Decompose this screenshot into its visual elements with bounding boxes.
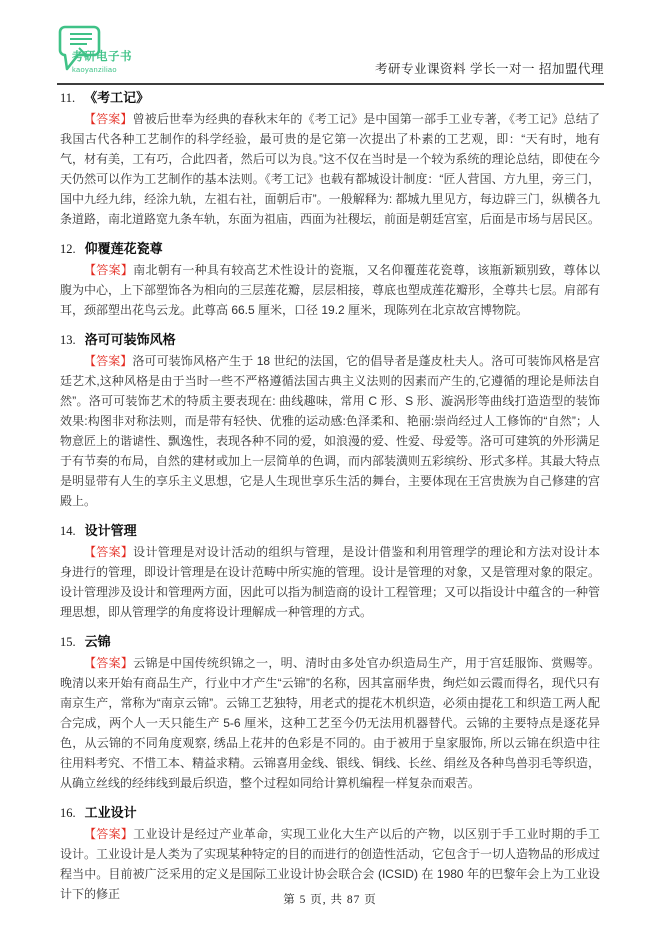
answer-paragraph: 【答案】洛可可装饰风格产生于 18 世纪的法国，它的倡导者是蓬皮杜夫人。洛可可装…: [60, 351, 600, 511]
qa-item-12: 12.仰覆莲花瓷尊 【答案】南北朝有一种具有较高艺术性设计的瓷瓶，又名仰覆莲花瓷…: [60, 239, 600, 320]
answer-paragraph: 【答案】南北朝有一种具有较高艺术性设计的瓷瓶，又名仰覆莲花瓷尊，该瓶新颖别致，尊…: [60, 260, 600, 320]
qa-item-16: 16.工业设计 【答案】工业设计是经过产业革命，实现工业化大生产以后的产物，以区…: [60, 803, 600, 904]
answer-label: 【答案】: [84, 112, 133, 126]
answer-label: 【答案】: [84, 656, 133, 670]
item-number: 14.: [60, 524, 76, 538]
header-tagline: 考研专业课资料 学长一对一 招加盟代理: [375, 59, 604, 77]
brand-name-cn: 考研电子书: [72, 52, 132, 64]
brand-text: 考研电子书 kaoyanziliao: [72, 52, 132, 73]
answer-text: 设计管理是对设计活动的组织与管理，是设计借鉴和利用管理学的理论和方法对设计本身进…: [60, 545, 600, 619]
item-title: 云锦: [85, 634, 111, 649]
item-title: 洛可可装饰风格: [85, 332, 176, 347]
item-number: 12.: [60, 242, 76, 256]
page-header: 考研电子书 kaoyanziliao 考研专业课资料 学长一对一 招加盟代理: [57, 24, 604, 85]
answer-text: 曾被后世奉为经典的春秋末年的《考工记》是中国第一部手工业专著，《考工记》总结了我…: [60, 112, 600, 226]
answer-text: 云锦是中国传统织锦之一，明、清时由多处官办织造局生产，用于宫廷服饰、赏赐等。晚清…: [60, 656, 600, 790]
qa-item-15: 15.云锦 【答案】云锦是中国传统织锦之一，明、清时由多处官办织造局生产，用于宫…: [60, 632, 600, 793]
document-page: 考研电子书 kaoyanziliao 考研专业课资料 学长一对一 招加盟代理 1…: [0, 0, 660, 934]
item-title: 工业设计: [85, 805, 137, 820]
page-number-footer: 第 5 页, 共 87 页: [0, 891, 660, 907]
item-heading: 15.云锦: [60, 632, 600, 652]
item-title: 仰覆莲花瓷尊: [85, 241, 163, 256]
answer-paragraph: 【答案】曾被后世奉为经典的春秋末年的《考工记》是中国第一部手工业专著，《考工记》…: [60, 109, 600, 229]
item-number: 13.: [60, 333, 76, 347]
answer-label: 【答案】: [84, 545, 133, 559]
qa-item-14: 14.设计管理 【答案】设计管理是对设计活动的组织与管理，是设计借鉴和利用管理学…: [60, 521, 600, 622]
item-heading: 11.《考工记》: [60, 88, 600, 108]
answer-paragraph: 【答案】云锦是中国传统织锦之一，明、清时由多处官办织造局生产，用于宫廷服饰、赏赐…: [60, 653, 600, 793]
answer-label: 【答案】: [84, 263, 133, 277]
item-number: 16.: [60, 806, 76, 820]
item-heading: 16.工业设计: [60, 803, 600, 823]
answer-text: 南北朝有一种具有较高艺术性设计的瓷瓶，又名仰覆莲花瓷尊，该瓶新颖别致，尊体以腹为…: [60, 263, 600, 317]
answer-text: 洛可可装饰风格产生于 18 世纪的法国，它的倡导者是蓬皮杜夫人。洛可可装饰风格是…: [60, 354, 600, 508]
item-number: 11.: [60, 91, 75, 105]
answer-label: 【答案】: [84, 827, 133, 841]
item-heading: 12.仰覆莲花瓷尊: [60, 239, 600, 259]
brand-logo: 考研电子书 kaoyanziliao: [57, 25, 187, 81]
item-title: 设计管理: [85, 523, 137, 538]
qa-item-11: 11.《考工记》 【答案】曾被后世奉为经典的春秋末年的《考工记》是中国第一部手工…: [60, 88, 600, 229]
answer-label: 【答案】: [84, 354, 132, 368]
item-heading: 14.设计管理: [60, 521, 600, 541]
item-title: 《考工记》: [84, 90, 149, 105]
answer-text: 工业设计是经过产业革命，实现工业化大生产以后的产物，以区别于手工业时期的手工设计…: [60, 827, 600, 901]
item-heading: 13.洛可可装饰风格: [60, 330, 600, 350]
qa-item-13: 13.洛可可装饰风格 【答案】洛可可装饰风格产生于 18 世纪的法国，它的倡导者…: [60, 330, 600, 511]
item-number: 15.: [60, 635, 76, 649]
brand-name-en: kaoyanziliao: [72, 66, 132, 74]
answer-paragraph: 【答案】设计管理是对设计活动的组织与管理，是设计借鉴和利用管理学的理论和方法对设…: [60, 542, 600, 622]
qa-list: 11.《考工记》 【答案】曾被后世奉为经典的春秋末年的《考工记》是中国第一部手工…: [60, 88, 600, 904]
